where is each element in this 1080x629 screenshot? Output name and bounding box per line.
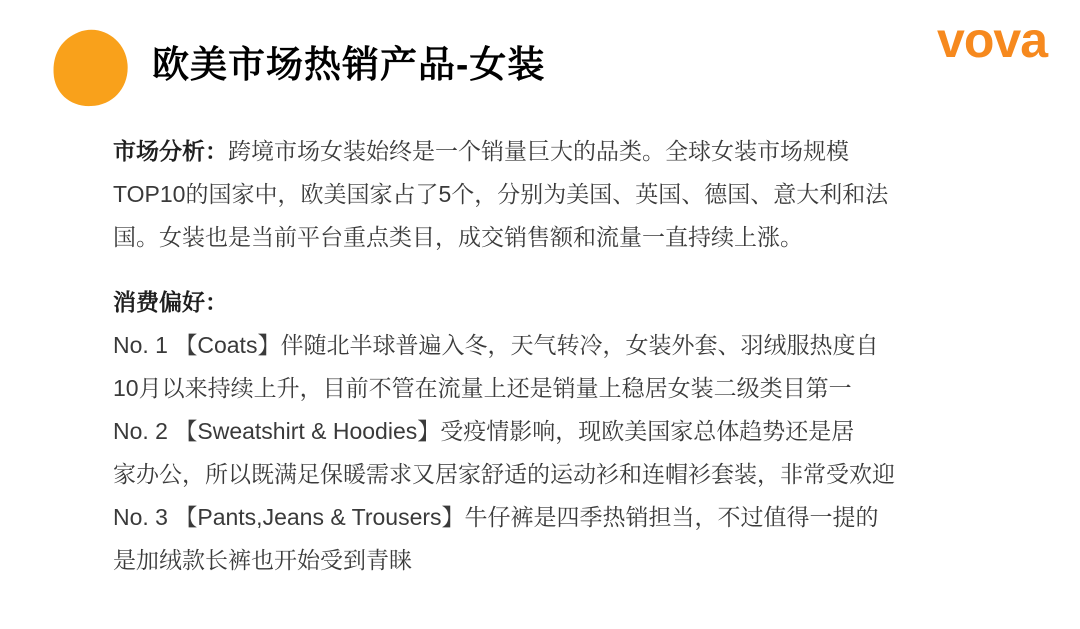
consumer-preference-line: 是加绒款长裤也开始受到青睐: [113, 539, 895, 582]
vova-logo: vova: [937, 12, 1047, 68]
consumer-preference-line: No. 2 【Sweatshirt & Hoodies】受疫情影响，现欧美国家总…: [113, 410, 895, 453]
market-analysis-text: 跨境市场女装始终是一个销量巨大的品类。全球女装市场规模: [228, 138, 849, 164]
slide: 欧美市场热销产品-女装 vova 市场分析：跨境市场女装始终是一个销量巨大的品类…: [0, 0, 1080, 629]
orange-blob-icon: [45, 26, 137, 113]
consumer-preference-line: No. 3 【Pants,Jeans & Trousers】牛仔裤是四季热销担当…: [113, 496, 895, 539]
consumer-preference-label: 消费偏好：: [113, 281, 895, 324]
consumer-preference-line: No. 1 【Coats】伴随北半球普遍入冬，天气转冷，女装外套、羽绒服热度自: [113, 324, 895, 367]
market-analysis-line: 国。女装也是当前平台重点类目，成交销售额和流量一直持续上涨。: [113, 216, 888, 259]
consumer-preference-line: 家办公，所以既满足保暖需求又居家舒适的运动衫和连帽衫套装，非常受欢迎: [113, 453, 895, 496]
consumer-preference-section: 消费偏好： No. 1 【Coats】伴随北半球普遍入冬，天气转冷，女装外套、羽…: [113, 281, 895, 582]
market-analysis-section: 市场分析：跨境市场女装始终是一个销量巨大的品类。全球女装市场规模 TOP10的国…: [113, 130, 888, 259]
consumer-preference-line: 10月以来持续上升，目前不管在流量上还是销量上稳居女装二级类目第一: [113, 367, 895, 410]
market-analysis-line: 市场分析：跨境市场女装始终是一个销量巨大的品类。全球女装市场规模: [113, 130, 888, 173]
page-title: 欧美市场热销产品-女装: [152, 44, 545, 86]
market-analysis-line: TOP10的国家中，欧美国家占了5个，分别为美国、英国、德国、意大利和法: [113, 173, 888, 216]
market-analysis-label: 市场分析：: [113, 138, 228, 164]
